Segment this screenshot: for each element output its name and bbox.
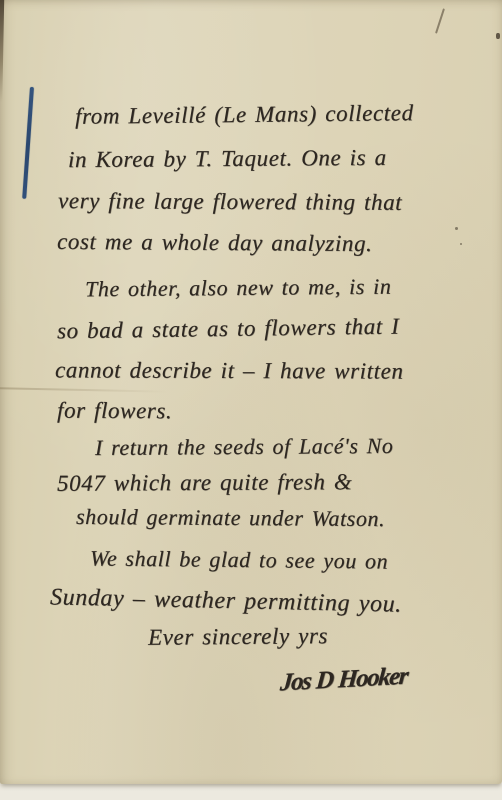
letter-line-6: so bad a state as to flowers that I: [57, 314, 400, 345]
signature: Jos D Hooker: [279, 663, 408, 698]
letter-line-5: The other, also new to me, is in: [85, 274, 392, 303]
letter-line-7: cannot describe it – I have written: [55, 357, 404, 384]
letter-line-13: Sunday – weather permitting you.: [50, 584, 402, 618]
letter-line-3: very fine large flowered thing that: [58, 188, 402, 216]
letter-line-2: in Korea by T. Taquet. One is a: [68, 145, 387, 173]
letter-page: from Leveillé (Le Mans) collected in Kor…: [0, 0, 502, 784]
letter-line-9: I return the seeds of Lacé's No: [95, 433, 394, 461]
letter-closing: Ever sincerely yrs: [148, 623, 328, 651]
letter-line-4: cost me a whole day analyzing.: [57, 229, 373, 257]
letter-line-8: for flowers.: [57, 398, 172, 425]
letter-scan: from Leveillé (Le Mans) collected in Kor…: [0, 0, 502, 800]
letter-line-10: 5047 which are quite fresh &: [57, 469, 352, 497]
paper-crease: [0, 387, 168, 393]
scratch-mark: [435, 8, 445, 33]
letter-line-11: should germinate under Watson.: [76, 504, 385, 532]
ink-speck: [455, 227, 458, 230]
letter-line-12: We shall be glad to see you on: [90, 545, 388, 574]
edge-speck: [496, 33, 500, 39]
blue-margin-mark: [22, 87, 34, 199]
letter-line-1: from Leveillé (Le Mans) collected: [75, 100, 414, 130]
page-edge: [0, 0, 6, 102]
ink-speck: [460, 243, 462, 245]
